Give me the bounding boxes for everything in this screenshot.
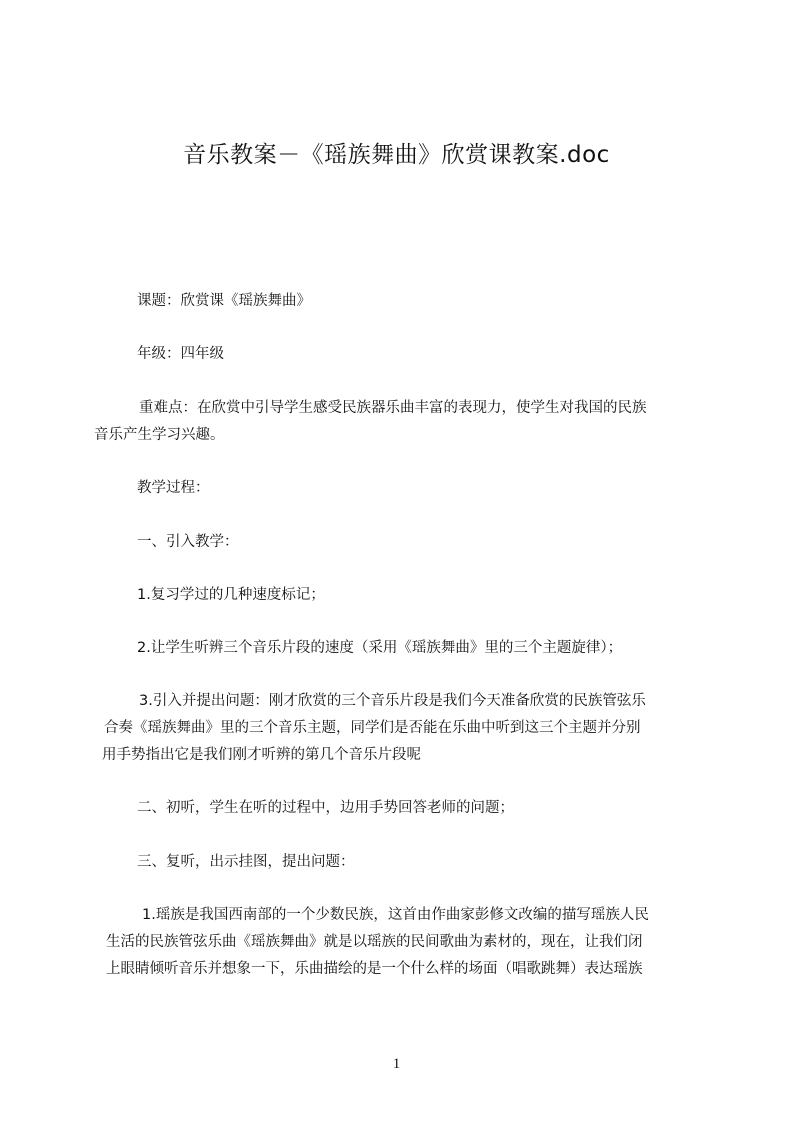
section-3-heading: 三、复听，出示挂图，提出问题： xyxy=(137,852,355,872)
process-heading: 教学过程： xyxy=(137,478,210,498)
section-3-item-1-line-1: 1.瑶族是我国西南部的一个少数民族，这首由作曲家彭修文改编的描写瑶族人民 xyxy=(142,905,649,925)
key-points-line-1: 重难点：在欣赏中引导学生感受民族器乐曲丰富的表现力，使学生对我国的民族 xyxy=(139,398,647,418)
section-1-item-3-line-1: 3.引入并提出问题：刚才欣赏的三个音乐片段是我们今天准备欣赏的民族管弦乐 xyxy=(139,691,646,711)
section-3-item-1-line-3: 上眼睛倾听音乐并想象一下，乐曲描绘的是一个什么样的场面（唱歌跳舞）表达瑶族 xyxy=(106,959,643,979)
section-1-heading: 一、引入教学： xyxy=(137,532,239,552)
section-1-item-3-line-2: 合奏《瑶族舞曲》里的三个音乐主题，同学们是否能在乐曲中听到这三个主题并分别 xyxy=(104,718,641,738)
section-2-heading: 二、初听，学生在听的过程中，边用手势回答老师的问题； xyxy=(137,798,514,818)
section-1-item-2: 2.让学生听辨三个音乐片段的速度（采用《瑶族舞曲》里的三个主题旋律）； xyxy=(137,638,622,658)
section-1-item-3-line-3: 用手势指出它是我们刚才听辨的第几个音乐片段呢 xyxy=(102,745,421,765)
key-points-line-2: 音乐产生学习兴趣。 xyxy=(94,425,225,445)
topic-line: 课题：欣赏课《瑶族舞曲》 xyxy=(137,291,311,311)
document-page: 音乐教案－《瑶族舞曲》欣赏课教案.doc 课题：欣赏课《瑶族舞曲》 年级：四年级… xyxy=(0,0,793,1122)
section-3-item-1-line-2: 生活的民族管弦乐曲《瑶族舞曲》就是以瑶族的民间歌曲为素材的，现在，让我们闭 xyxy=(106,932,643,952)
document-title: 音乐教案－《瑶族舞曲》欣赏课教案.doc xyxy=(0,138,793,172)
grade-line: 年级：四年级 xyxy=(137,344,224,364)
page-number: 1 xyxy=(0,1056,793,1073)
section-1-item-1: 1.复习学过的几种速度标记； xyxy=(137,585,325,605)
